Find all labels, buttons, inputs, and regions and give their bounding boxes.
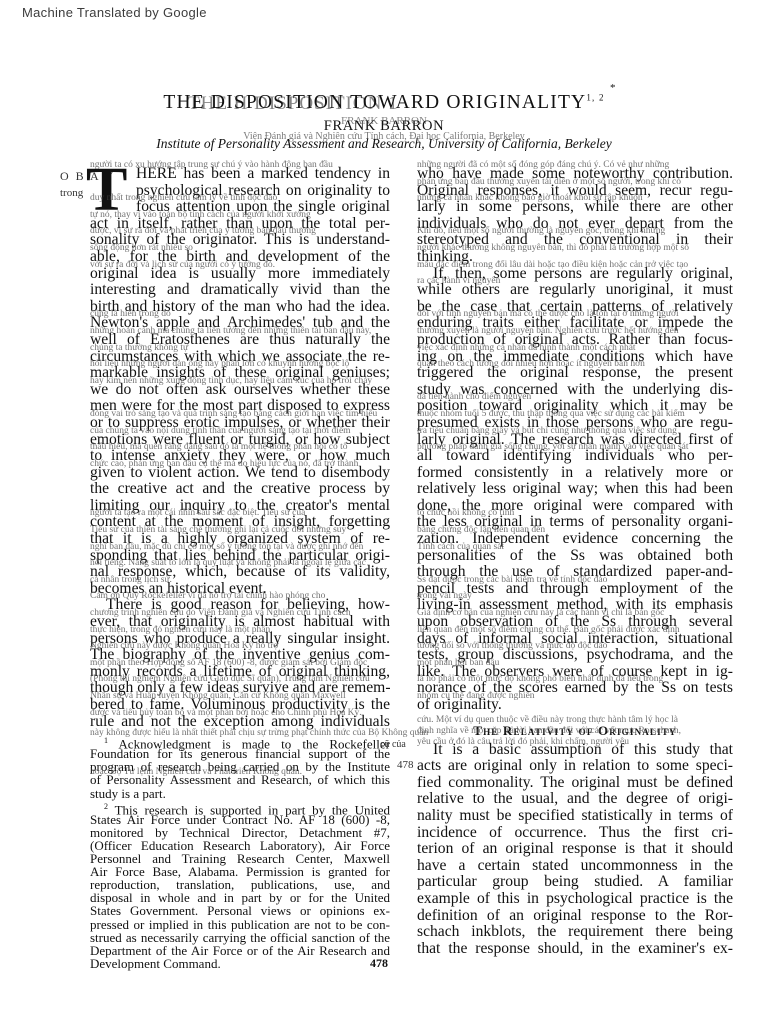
line-text: schach inkblots, the requirement there b…: [417, 923, 733, 940]
line-text: acts are original only in relation to so…: [417, 757, 733, 774]
line-text: fied commonality. The original must be d…: [417, 774, 733, 791]
line-text: original idea is usually more immediatel…: [90, 265, 390, 282]
footnotes: này không được hiểu là nhất thiết phải c…: [90, 734, 390, 970]
body-line: incidence of occurrence. Thus the first …: [417, 825, 733, 842]
left-column: T người ta có xu hướng tập trung sự chú …: [90, 166, 390, 970]
body-line: It is a basic assumption of this study t…: [417, 742, 733, 759]
page-title: THE DISPOSITION TOWARD ORIGINALITY1, 2 *: [163, 92, 604, 114]
body-line: terion of an original response is that i…: [417, 841, 733, 858]
author-affiliation: Institute of Personality Assessment and …: [0, 136, 768, 152]
footnote-line: Development Command.: [90, 957, 390, 970]
line-text: personalities of the Ss was obtained bot…: [417, 547, 733, 564]
body-line: relative to the usual, and the degree of…: [417, 791, 733, 808]
footnote-marker: 2: [104, 802, 108, 811]
line-text: formed consistently in a relatively more…: [417, 464, 733, 481]
line-text: particular group being studied. A famili…: [417, 873, 733, 890]
body-line: have a certain stated uncommonness in th…: [417, 858, 733, 875]
line-text: larly in some persons, while there are o…: [417, 198, 733, 215]
body-line: larly in some persons, while there are o…: [417, 199, 733, 216]
line-text: incidence of occurrence. Thus the first …: [417, 824, 733, 841]
body-line: given to violent action. We tend to dise…: [90, 465, 390, 482]
left-column-body: người ta có xu hướng tập trung sự chú ý …: [90, 166, 390, 730]
line-text: have a certain stated uncommonness in th…: [417, 857, 733, 874]
line-text: relative to the usual, and the degree of…: [417, 790, 733, 807]
line-text: relatively less original way; when this …: [417, 480, 733, 497]
body-line: of originality.: [417, 697, 733, 714]
body-line: formed consistently in a relatively more…: [417, 465, 733, 482]
margin-note-478: 478: [397, 759, 414, 771]
line-text: triggered the original response, the pre…: [417, 364, 733, 381]
body-line: original idea is usually more immediatel…: [90, 266, 390, 283]
body-line: interesting and dramatically vivid than …: [90, 282, 390, 299]
page-title-text: THE DISPOSITION TOWARD ORIGINALITY: [163, 92, 586, 113]
line-text: HERE has been a marked tendency in: [136, 165, 390, 182]
margin-ghost-2: trong: [60, 187, 83, 199]
body-line: fied commonality. The original must be d…: [417, 775, 733, 792]
title-footnote-markers: 1, 2: [586, 93, 604, 103]
line-text: study is a part.: [90, 786, 166, 801]
body-line: schach inkblots, the requirement there b…: [417, 924, 733, 941]
right-column-body: những người đã có một số đóng góp đáng c…: [417, 166, 733, 714]
title-block: THE DISPOSITION TOWARD ORIGINALITY1, 2 *: [0, 92, 768, 114]
line-text: terion of an original response is that i…: [417, 840, 733, 857]
title-star-marker: *: [610, 82, 617, 94]
line-text: all toward identifying individuals who p…: [417, 447, 733, 464]
line-text: interesting and dramatically vivid than …: [90, 281, 390, 298]
body-line: example of this in psychological practic…: [417, 891, 733, 908]
body-line: triggered the original response, the pre…: [417, 365, 733, 382]
line-text: of originality.: [417, 696, 502, 713]
right-column: những người đã có một số đóng góp đáng c…: [417, 166, 733, 957]
body-line: relatively less original way; when this …: [417, 481, 733, 498]
body-line: HERE has been a marked tendency in: [90, 166, 390, 183]
body-line: particular group being studied. A famili…: [417, 874, 733, 891]
body-line: while others are regularly unoriginal, i…: [417, 282, 733, 299]
margin-note-cu-cua: cũ của: [380, 739, 406, 750]
line-text: that the response should, in the examine…: [417, 940, 733, 957]
body-line: that the response should, in the examine…: [417, 941, 733, 958]
page-number: 478: [370, 956, 388, 971]
line-text: Development Command.: [90, 956, 221, 971]
body-line: we do not often ask ourselves whether th…: [90, 382, 390, 399]
body-line: personalities of the Ss was obtained bot…: [417, 548, 733, 565]
body-line: definition of an original response to th…: [417, 908, 733, 925]
line-text: definition of an original response to th…: [417, 907, 733, 924]
line-text: example of this in psychological practic…: [417, 890, 733, 907]
line-text: It is a basic assumption of this study t…: [433, 741, 733, 758]
line-text: we do not often ask ourselves whether th…: [90, 381, 390, 398]
machine-translated-banner: Machine Translated by Google: [22, 5, 207, 20]
line-text: nality must be specified statistically i…: [417, 807, 733, 824]
body-line: all toward identifying individuals who p…: [417, 448, 733, 465]
right-column-body-2: It is a basic assumption of this study t…: [417, 742, 733, 958]
line-text: given to violent action. We tend to dise…: [90, 464, 390, 481]
footnote-line: study is a part.: [90, 787, 390, 800]
body-line: acts are original only in relation to so…: [417, 758, 733, 775]
line-text: while others are regularly unoriginal, i…: [417, 281, 733, 298]
body-line: nality must be specified statistically i…: [417, 808, 733, 825]
body-line: the creative act and the creative proces…: [90, 481, 390, 498]
line-text: the creative act and the creative proces…: [90, 480, 390, 497]
